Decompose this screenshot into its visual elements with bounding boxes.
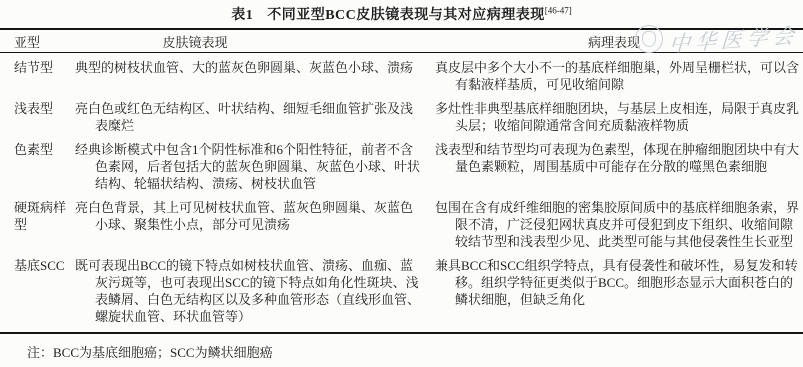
- paper-table-page: 表1不同亚型BCC皮肤镜表现与其对应病理表现[46-47] 中华医学会 亚型 皮…: [0, 0, 803, 367]
- cell-dermoscopy: 典型的树枝状血管、大的蓝灰色卵圆巢、灰蓝色小球、溃疡: [75, 59, 425, 93]
- table-row: 浅表型 亮白色或红色无结构区、叶状结构、细短毛细血管扩张及浅表糜烂 多灶性非典型…: [0, 100, 803, 134]
- table-row: 基底SCC 既可表现出BCC的镜下特点如树枝状血管、溃疡、血痂、蓝灰污斑等，也可…: [0, 257, 803, 325]
- cell-subtype: 结节型: [0, 59, 75, 93]
- table-row: 结节型 典型的树枝状血管、大的蓝灰色卵圆巢、灰蓝色小球、溃疡 真皮层中多个大小不…: [0, 59, 803, 93]
- cell-dermoscopy: 亮白色或红色无结构区、叶状结构、细短毛细血管扩张及浅表糜烂: [75, 100, 425, 134]
- table-bottom-rule: [0, 332, 803, 334]
- header-dermoscopy: 皮肤镜表现: [75, 32, 425, 51]
- cell-pathology: 兼具BCC和SCC组织学特点，具有侵袭性和破坏性，易复发和转移。组织学特征更类似…: [435, 257, 803, 325]
- table-number: 表1: [231, 8, 253, 23]
- cell-pathology: 多灶性非典型基底样细胞团块，与基层上皮相连，局限于真皮乳头层；收缩间隙通常含间充…: [435, 100, 803, 134]
- cell-subtype: 基底SCC: [0, 257, 75, 325]
- table-title-text: 不同亚型BCC皮肤镜表现与其对应病理表现: [267, 8, 545, 23]
- cell-subtype: 浅表型: [0, 100, 75, 134]
- cell-pathology: 包围在含有成纤维细胞的密集胶原间质中的基底样细胞条索，界限不清，广泛侵犯网状真皮…: [435, 199, 803, 250]
- table-header-row: 亚型 皮肤镜表现 病理表现: [0, 30, 803, 52]
- table-footnote: 注：BCC为基底细胞癌；SCC为鳞状细胞癌: [0, 342, 803, 361]
- cell-pathology: 真皮层中多个大小不一的基底样细胞巢，外周呈栅栏状，可以含有黏液样基质，可见收缩间…: [435, 59, 803, 93]
- cell-dermoscopy: 亮白色背景，其上可见树枝状血管、蓝灰色卵圆巢、灰蓝色小球、聚集性小点，部分可见溃…: [75, 199, 425, 250]
- table-body: 结节型 典型的树枝状血管、大的蓝灰色卵圆巢、灰蓝色小球、溃疡 真皮层中多个大小不…: [0, 53, 803, 325]
- cell-subtype: 色素型: [0, 141, 75, 192]
- reference-superscript: [46-47]: [545, 5, 572, 15]
- cell-dermoscopy: 经典诊断模式中包含1个阴性标准和6个阳性特征，前者不含色素网，后者包括大的蓝灰色…: [75, 141, 425, 192]
- cell-pathology: 浅表型和结节型均可表现为色素型，体现在肿瘤细胞团块中有大量色素颗粒，周围基质中可…: [435, 141, 803, 192]
- table-row: 硬斑病样型 亮白色背景，其上可见树枝状血管、蓝灰色卵圆巢、灰蓝色小球、聚集性小点…: [0, 199, 803, 250]
- header-pathology: 病理表现: [425, 32, 803, 51]
- cell-dermoscopy: 既可表现出BCC的镜下特点如树枝状血管、溃疡、血痂、蓝灰污斑等，也可表现出SCC…: [75, 257, 425, 325]
- table-row: 色素型 经典诊断模式中包含1个阴性标准和6个阳性特征，前者不含色素网，后者包括大…: [0, 141, 803, 192]
- cell-subtype: 硬斑病样型: [0, 199, 75, 250]
- table-caption: 表1不同亚型BCC皮肤镜表现与其对应病理表现[46-47]: [0, 0, 803, 24]
- header-subtype: 亚型: [0, 32, 75, 51]
